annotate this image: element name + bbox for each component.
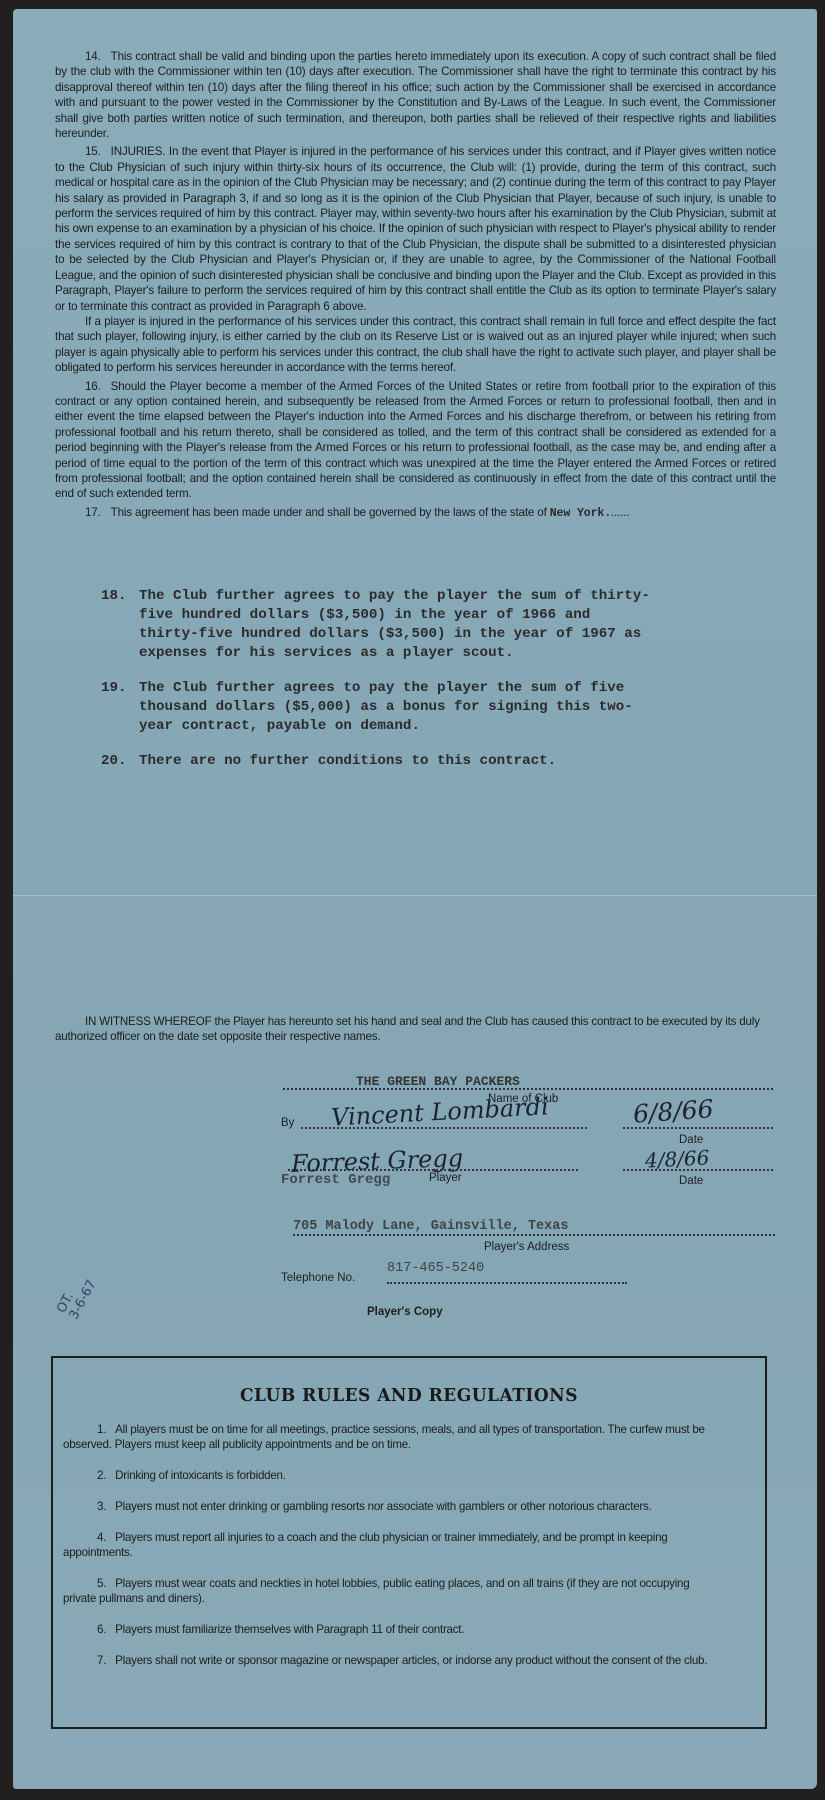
clause-number: 19.: [101, 679, 139, 736]
rule-number: 6.: [97, 1623, 106, 1636]
rule-text: Players must not enter drinking or gambl…: [115, 1500, 651, 1513]
player-address-value: 705 Malody Lane, Gainsville, Texas: [293, 1219, 568, 1234]
rules-title: CLUB RULES AND REGULATIONS: [53, 1386, 765, 1407]
witness-statement: IN WITNESS WHEREOF the Player has hereun…: [55, 1014, 795, 1044]
player-signing-date: 4/8/66: [644, 1145, 710, 1172]
by-label: By: [281, 1117, 294, 1129]
clause-text: This agreement has been made under and s…: [111, 506, 547, 519]
clause-line: expenses for his services as a player sc…: [139, 644, 741, 663]
rule-text: Players must wear coats and neckties in …: [63, 1577, 689, 1605]
clause-line: thousand dollars ($5,000) as a bonus for…: [139, 698, 741, 717]
clause-15: 15.INJURIES. In the event that Player is…: [55, 144, 776, 313]
clause-number: 14.: [85, 50, 101, 63]
clause-text: If a player is injured in the performanc…: [55, 315, 776, 374]
telephone-label: Telephone No.: [281, 1272, 355, 1284]
clause-number: 15.: [85, 145, 101, 158]
rule-number: 5.: [97, 1577, 106, 1590]
paper-fold-crease: [13, 895, 817, 896]
rule-text: All players must be on time for all meet…: [63, 1423, 705, 1451]
clause-14: 14.This contract shall be valid and bind…: [55, 49, 776, 141]
club-name-value: THE GREEN BAY PACKERS: [356, 1074, 520, 1089]
typed-clauses: 18. The Club further agrees to pay the p…: [101, 587, 741, 787]
clause-line: The Club further agrees to pay the playe…: [139, 679, 741, 698]
rule-item: 3.Players must not enter drinking or gam…: [63, 1499, 719, 1514]
players-copy-label: Player's Copy: [367, 1306, 443, 1318]
club-rules-box: CLUB RULES AND REGULATIONS 1.All players…: [51, 1356, 767, 1729]
typed-clause-20: 20. There are no further conditions to t…: [101, 752, 741, 771]
player-address-label: Player's Address: [484, 1241, 569, 1253]
player-signature: Forrest Gregg: [291, 1144, 464, 1178]
rule-text: Drinking of intoxicants is forbidden.: [115, 1469, 286, 1482]
witness-text: IN WITNESS WHEREOF the Player has hereun…: [55, 1014, 795, 1044]
clause-17: 17.This agreement has been made under an…: [55, 505, 776, 521]
rule-number: 7.: [97, 1654, 106, 1667]
clause-line: five hundred dollars ($3,500) in the yea…: [139, 606, 741, 625]
clause-16: 16.Should the Player become a member of …: [55, 379, 776, 502]
clause-line: year contract, payable on demand.: [139, 717, 741, 736]
rules-list: 1.All players must be on time for all me…: [63, 1422, 719, 1684]
clause-line: thirty-five hundred dollars ($3,500) in …: [139, 625, 741, 644]
clause-line: There are no further conditions to this …: [139, 752, 741, 771]
clause-text: The Club further agrees to pay the playe…: [139, 587, 741, 663]
rule-number: 3.: [97, 1500, 106, 1513]
player-address-line: [293, 1234, 775, 1236]
typed-clause-19: 19. The Club further agrees to pay the p…: [101, 679, 741, 736]
player-date-label: Date: [679, 1175, 703, 1187]
club-date-line: [623, 1127, 773, 1129]
contract-page: 14.This contract shall be valid and bind…: [13, 9, 817, 1789]
rule-text: Players shall not write or sponsor magaz…: [115, 1654, 707, 1667]
rule-text: Players must familiarize themselves with…: [115, 1623, 464, 1636]
rule-number: 4.: [97, 1531, 106, 1544]
clause-text: Should the Player become a member of the…: [55, 380, 776, 501]
club-name-line: [283, 1088, 773, 1090]
rule-item: 5.Players must wear coats and neckties i…: [63, 1576, 719, 1606]
club-signature-line: [301, 1127, 587, 1129]
clause-15-continued: If a player is injured in the performanc…: [55, 314, 776, 376]
rule-item: 2.Drinking of intoxicants is forbidden.: [63, 1468, 719, 1483]
rule-item: 7.Players shall not write or sponsor mag…: [63, 1653, 719, 1668]
clause-text: The Club further agrees to pay the playe…: [139, 679, 741, 736]
clause-number: 20.: [101, 752, 139, 771]
rule-number: 1.: [97, 1423, 106, 1436]
club-signing-date: 6/8/66: [632, 1094, 714, 1129]
club-date-label: Date: [679, 1134, 703, 1146]
club-name-label: Name of Club: [488, 1093, 558, 1105]
handwritten-annotation: OT. 3-6-67: [55, 1272, 100, 1323]
rule-item: 4.Players must report all injuries to a …: [63, 1530, 719, 1560]
legal-clauses: 14.This contract shall be valid and bind…: [55, 49, 776, 521]
clause-text: There are no further conditions to this …: [139, 752, 741, 771]
clause-number: 18.: [101, 587, 139, 663]
clause-number: 16.: [85, 380, 101, 393]
rule-item: 6.Players must familiarize themselves wi…: [63, 1622, 719, 1637]
telephone-line: [387, 1282, 627, 1284]
clause-line: The Club further agrees to pay the playe…: [139, 587, 741, 606]
dotted-fill: ......: [611, 506, 629, 519]
telephone-value: 817-465-5240: [387, 1261, 484, 1276]
club-signature: Vincent Lombardi: [330, 1092, 549, 1131]
clause-text: This contract shall be valid and binding…: [55, 50, 776, 140]
player-date-line: [623, 1169, 773, 1171]
rule-item: 1.All players must be on time for all me…: [63, 1422, 719, 1452]
player-signature-line: [288, 1169, 578, 1171]
typed-clause-18: 18. The Club further agrees to pay the p…: [101, 587, 741, 663]
clause-number: 17.: [85, 506, 101, 519]
clause-text: INJURIES. In the event that Player is in…: [55, 145, 776, 312]
rule-text: Players must report all injuries to a co…: [63, 1531, 667, 1559]
governing-state-value: New York.: [550, 507, 611, 520]
player-typed-name: Forrest Gregg: [281, 1172, 390, 1188]
player-label: Player: [429, 1172, 462, 1184]
rule-number: 2.: [97, 1469, 106, 1482]
